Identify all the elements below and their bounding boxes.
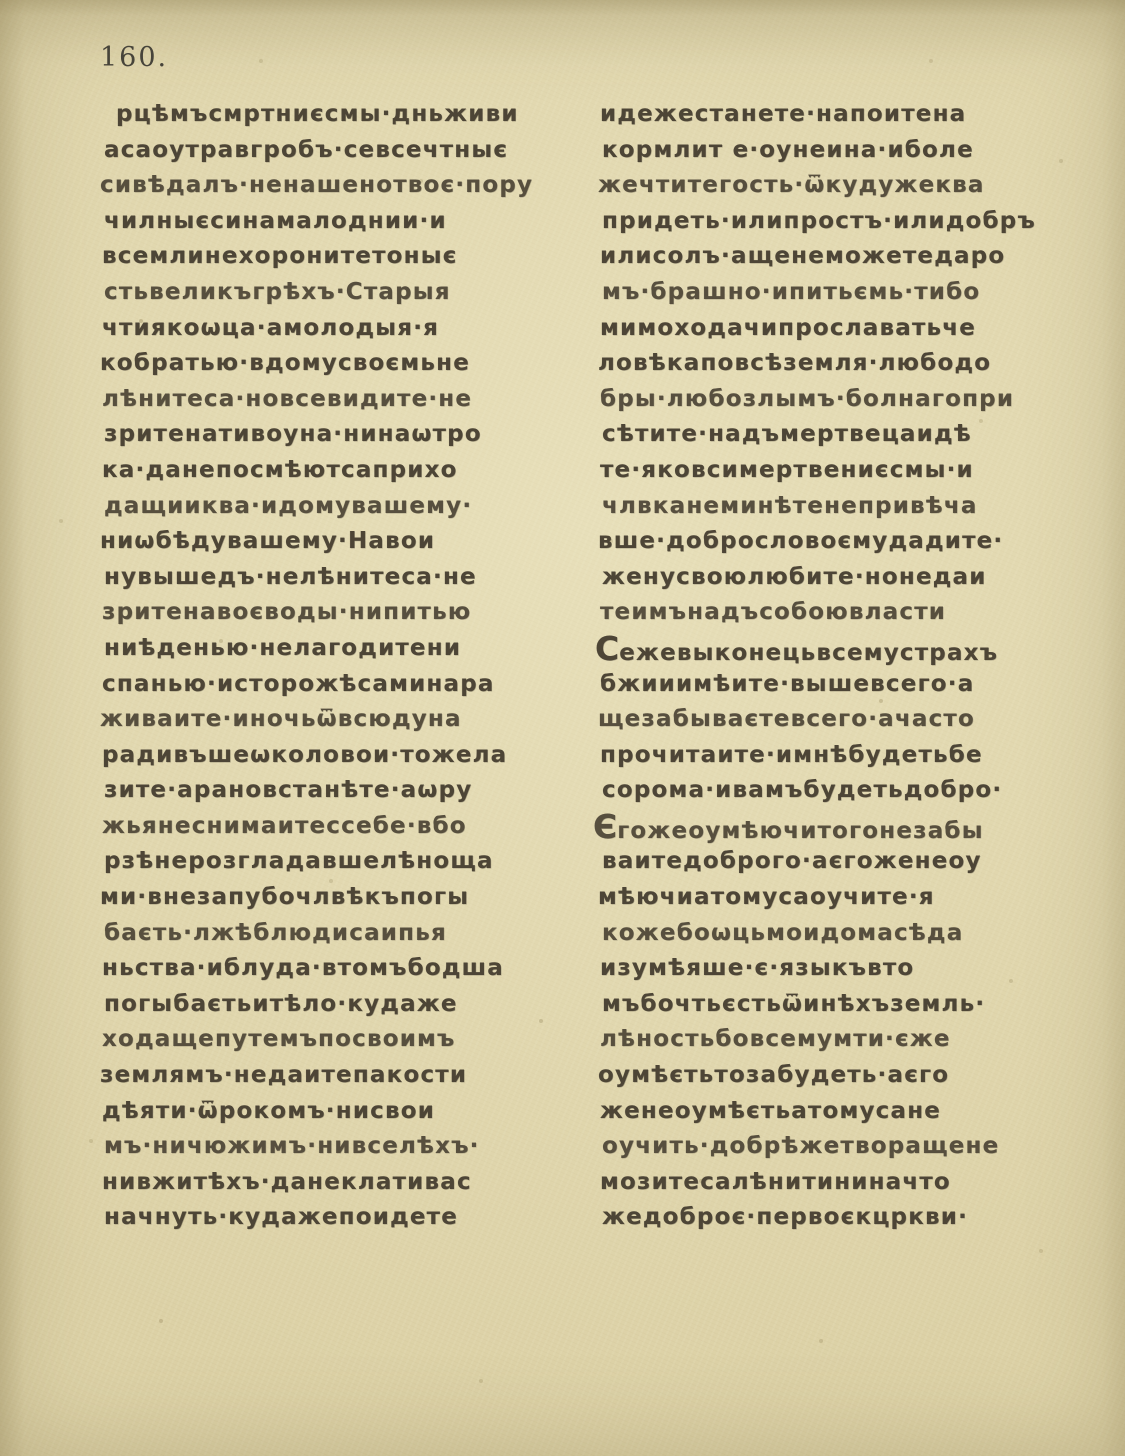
text-line: землямъ·недаитепакости [100,1058,580,1094]
text-line: жьянеснимаитессебе·вбо [102,809,582,845]
text-line: рзѣнерозгладавшелѣноща [104,844,584,880]
text-line: дащииква·идомувашему· [104,489,584,525]
text-line: идежестанете·напоитена [600,97,1108,133]
text-line: женусвоюлюбите·нонедаи [602,560,1110,596]
text-line: те·яковсимертвениєсмы·и [600,453,1108,489]
text-line: вше·добрословоємудадите· [598,524,1106,560]
text-line: ньства·иблуда·втомъбодша [102,951,582,987]
text-line: оумѣєтьтозабудеть·аєго [598,1058,1106,1094]
text-line: кобратью·вдомусвоємьне [100,346,580,382]
text-line: ниѡбѣдувашему·Навои [100,524,580,560]
text-line: ми·внезапубочлвѣкъпогы [100,880,580,916]
text-line: лѣностьбовсемумти·єже [600,1022,1108,1058]
text-line: мѣючиатомусаоучите·я [598,880,1106,916]
text-line: кормлит е·оунеина·иболе [602,133,1110,169]
text-line: всемлинехоронитетоныє [102,239,582,275]
text-line: баєть·лжѣблюдисаипья [104,916,584,952]
manuscript-scan: { "page": { "number": "160.", "paper_col… [0,0,1125,1456]
manuscript-column-left: рцѣмъсмртниєсмы·дньживиасаоутравгробъ·се… [102,97,582,1236]
text-line: лѣнитеса·новсевидите·не [102,382,582,418]
text-line: бры·любозлымъ·болнагопри [600,382,1108,418]
text-line: сивѣдалъ·ненашенотвоє·пору [100,168,580,204]
text-line: рцѣмъсмртниєсмы·дньживи [102,97,582,133]
text-line: Єгожеоумѣючитогонезабы [593,809,1108,845]
text-line: чтиякоѡца·амолодыя·я [102,311,582,347]
text-line: зритенавоєводы·нипитью [102,595,582,631]
text-line: ловѣкаповсѣземля·любодо [598,346,1106,382]
text-line: придеть·илипростъ·илидобръ [602,204,1110,240]
text-line: жедоброє·первоєкцркви· [602,1200,1110,1236]
text-line: изумѣяше·є·языкъвто [600,951,1108,987]
drop-cap: С [595,629,619,668]
text-line: зритенативоуна·нинаѡтро [104,417,584,453]
text-line: Сежевыконецьвсемустрахъ [595,631,1110,667]
text-line: прочитаите·имнѣбудетьбе [600,738,1108,774]
drop-cap: Є [593,807,617,846]
text-line: мъбочтьєстьѿинѣхъземль· [602,987,1110,1023]
text-line: мозитесалѣнитининачто [600,1165,1108,1201]
text-line: зите·арановстанѣте·аѡру [104,773,584,809]
text-line: погыбаєтьитѣло·кудаже [104,987,584,1023]
manuscript-column-right: идежестанете·напоитенакормлит е·оунеина·… [600,97,1108,1236]
text-line: дѣяти·ѿрокомъ·нисвои [102,1094,582,1130]
text-line: чилныєсинамалоднии·и [104,204,584,240]
text-line: мимоходачипрославатьче [600,311,1108,347]
text-line: ходащепутемъпосвоимъ [102,1022,582,1058]
text-line: женеоумѣєтьатомусане [600,1094,1108,1130]
text-line: члвканеминѣтенепривѣча [602,489,1110,525]
text-line: мъ·ничюжимъ·нивселѣхъ· [104,1129,584,1165]
text-line: щезабываєтевсего·ачасто [598,702,1106,738]
text-line: бжииимѣите·вышевсего·а [600,667,1108,703]
text-line: ниѣденью·нелагодитени [104,631,584,667]
text-line: кожебоѡцьмоидомасѣда [602,916,1110,952]
text-line: начнуть·кудажепоидете [104,1200,584,1236]
text-line: стьвеликъгрѣхъ·Старыя [104,275,584,311]
text-line: нивжитѣхъ·данеклативас [102,1165,582,1201]
text-line: асаоутравгробъ·севсечтныє [104,133,584,169]
page-number: 160. [100,42,168,73]
text-line: радивъшеѡколовои·тожела [102,738,582,774]
text-line: спанью·исторожѣсаминара [102,667,582,703]
text-line: сѣтите·надъмертвецаидѣ [602,417,1110,453]
text-line: илисолъ·ащенеможетедаро [600,239,1108,275]
text-line: теимънадъсобоювласти [600,595,1108,631]
text-line: нувышедъ·нелѣнитеса·не [104,560,584,596]
text-line: оучить·добрѣжетворащене [602,1129,1110,1165]
text-line: живаите·иночьѿвсюдуна [100,702,580,738]
text-line: жечтитегость·ѿкудужеква [598,168,1106,204]
text-line: мъ·брашно·ипитьємь·тибо [602,275,1110,311]
text-line: ка·данепосмѣютсаприхо [102,453,582,489]
text-line: сорома·ивамъбудетьдобро· [602,773,1110,809]
text-line: ваитедоброго·аєгоженеоу [602,844,1110,880]
